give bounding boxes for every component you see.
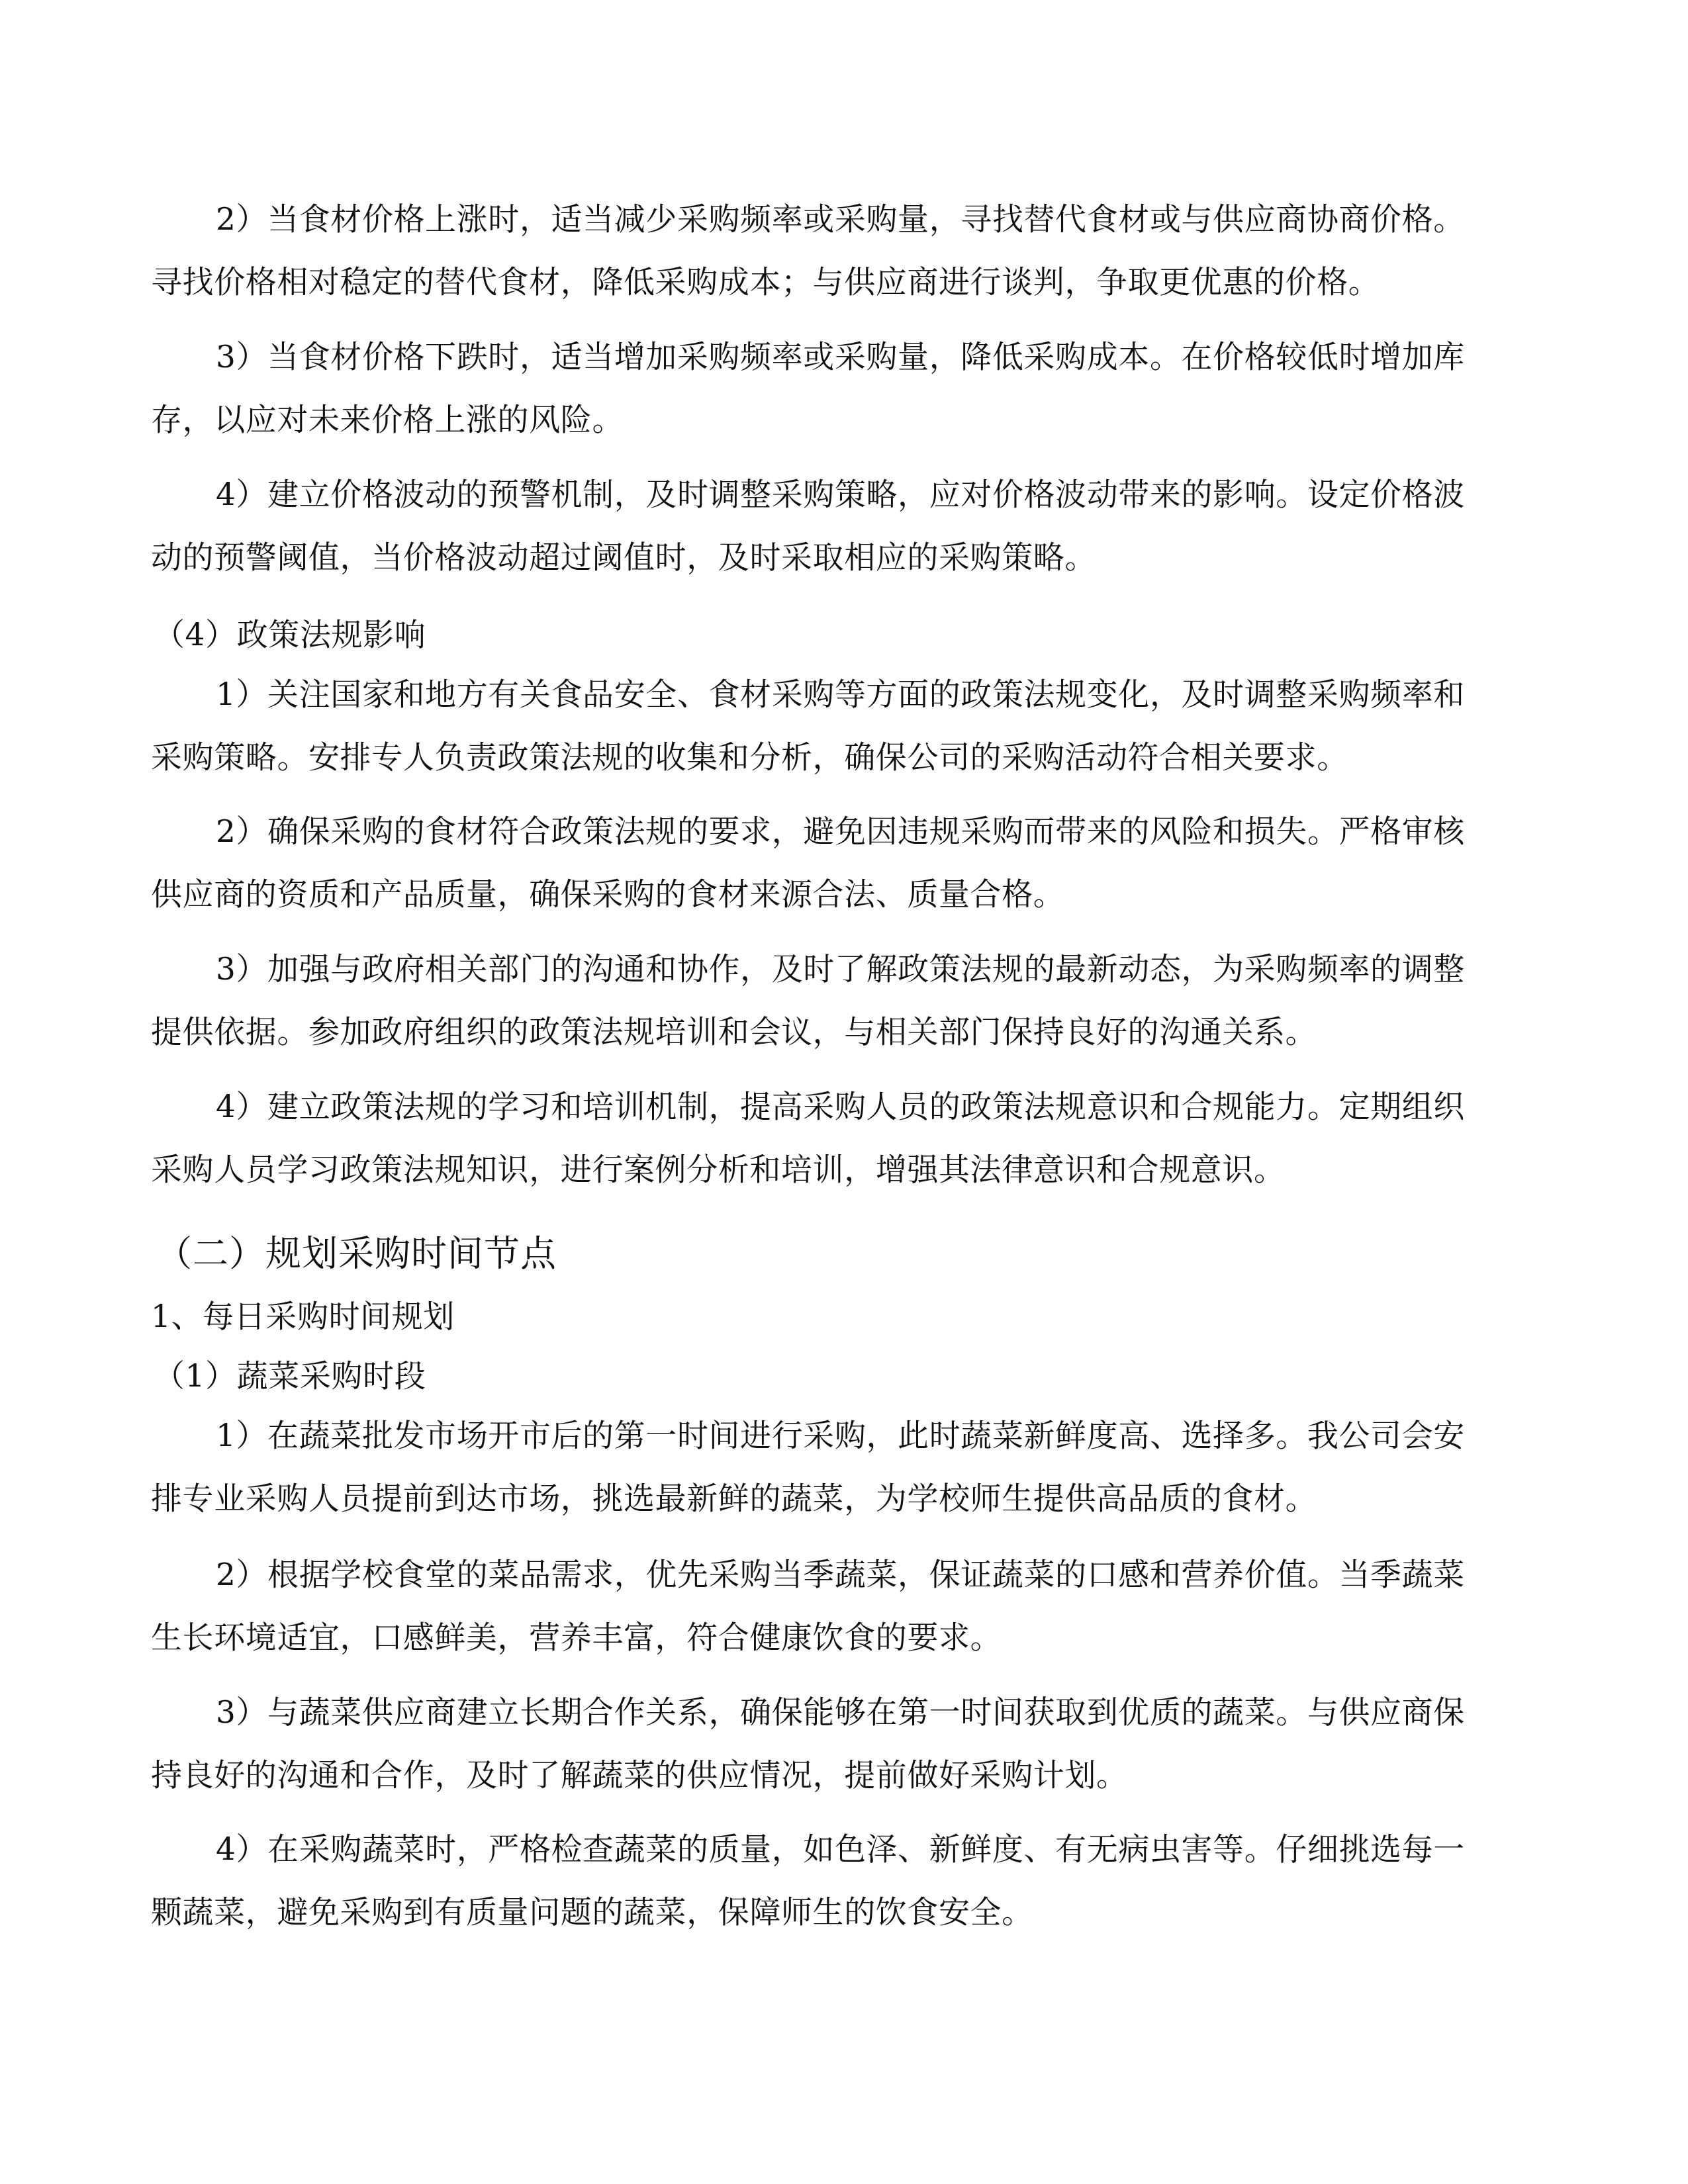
paragraph-line: 供应商的资质和产品质量，确保采购的食材来源合法、质量合格。: [151, 875, 1541, 915]
paragraph-line: 动的预警阈值，当价格波动超过阈值时，及时采取相应的采购策略。: [151, 538, 1541, 578]
subheading-vegetable: （1）蔬菜采购时段: [154, 1357, 1544, 1396]
subheading-daily-plan: 1、每日采购时间规划: [151, 1297, 1541, 1337]
paragraph-line: 1）在蔬菜批发市场开市后的第一时间进行采购，此时蔬菜新鲜度高、选择多。我公司会安: [216, 1416, 1606, 1456]
paragraph-line: 采购人员学习政策法规知识，进行案例分析和培训，增强其法律意识和合规意识。: [151, 1150, 1541, 1190]
paragraph-line: 4）建立价格波动的预警机制，及时调整采购策略，应对价格波动带来的影响。设定价格波: [216, 475, 1606, 515]
paragraph-line: 存，以应对未来价格上涨的风险。: [151, 400, 1541, 440]
paragraph-line: 生长环境适宜，口感鲜美，营养丰富，符合健康饮食的要求。: [151, 1618, 1541, 1658]
paragraph-line: 排专业采购人员提前到达市场，挑选最新鲜的蔬菜，为学校师生提供高品质的食材。: [151, 1479, 1541, 1519]
paragraph-line: 采购策略。安排专人负责政策法规的收集和分析，确保公司的采购活动符合相关要求。: [151, 738, 1541, 778]
paragraph-line: 4）建立政策法规的学习和培训机制，提高采购人员的政策法规意识和合规能力。定期组织: [216, 1087, 1606, 1127]
section-heading: （二）规划采购时间节点: [156, 1233, 1546, 1275]
subheading-policy: （4）政策法规影响: [154, 615, 1544, 655]
paragraph-line: 2）当食材价格上涨时，适当减少采购频率或采购量，寻找替代食材或与供应商协商价格。: [216, 200, 1606, 240]
paragraph-line: 2）根据学校食堂的菜品需求，优先采购当季蔬菜，保证蔬菜的口感和营养价值。当季蔬菜: [216, 1555, 1606, 1595]
paragraph-line: 提供依据。参加政府组织的政策法规培训和会议，与相关部门保持良好的沟通关系。: [151, 1013, 1541, 1052]
paragraph-line: 2）确保采购的食材符合政策法规的要求，避免因违规采购而带来的风险和损失。严格审核: [216, 812, 1606, 852]
paragraph-line: 3）加强与政府相关部门的沟通和协作，及时了解政策法规的最新动态，为采购频率的调整: [216, 950, 1606, 989]
paragraph-line: 颗蔬菜，避免采购到有质量问题的蔬菜，保障师生的饮食安全。: [151, 1893, 1541, 1933]
paragraph-line: 4）在采购蔬菜时，严格检查蔬菜的质量，如色泽、新鲜度、有无病虫害等。仔细挑选每一: [216, 1830, 1606, 1870]
paragraph-line: 1）关注国家和地方有关食品安全、食材采购等方面的政策法规变化，及时调整采购频率和: [216, 675, 1606, 715]
paragraph-line: 3）当食材价格下跌时，适当增加采购频率或采购量，降低采购成本。在价格较低时增加库: [216, 338, 1606, 377]
document-page: 2）当食材价格上涨时，适当减少采购频率或采购量，寻找替代食材或与供应商协商价格。…: [0, 0, 1688, 2184]
paragraph-line: 持良好的沟通和合作，及时了解蔬菜的供应情况，提前做好采购计划。: [151, 1756, 1541, 1796]
paragraph-line: 3）与蔬菜供应商建立长期合作关系，确保能够在第一时间获取到优质的蔬菜。与供应商保: [216, 1693, 1606, 1733]
paragraph-line: 寻找价格相对稳定的替代食材，降低采购成本；与供应商进行谈判，争取更优惠的价格。: [151, 263, 1541, 302]
